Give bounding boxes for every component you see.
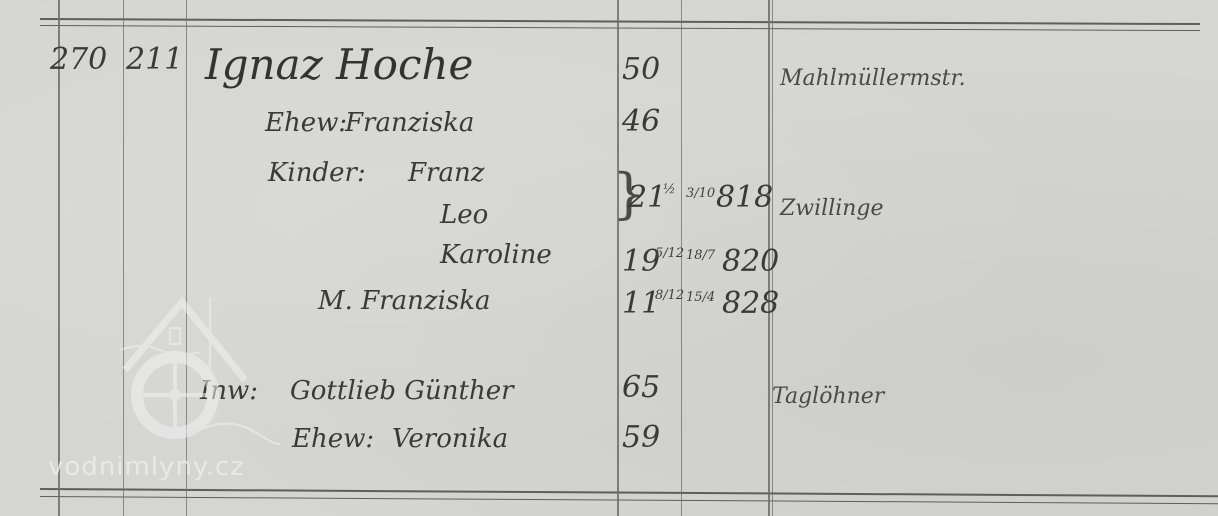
child-1-birth-day-month: 3/10	[686, 186, 715, 201]
child-1-note: Zwillinge	[780, 196, 884, 221]
wife-name: Franziska	[345, 108, 474, 138]
child-4-name: M. Franziska	[318, 286, 490, 316]
lodger-wife-name: Veronika	[392, 424, 508, 454]
child-2-name: Leo	[440, 200, 488, 230]
column-rule-age	[617, 0, 619, 516]
child-1-age: 21	[628, 180, 666, 215]
lodger-wife-label: Ehew:	[292, 424, 374, 454]
child-1-age-fraction: ½	[663, 182, 676, 197]
child-3-age-fraction: 5/12	[655, 246, 684, 261]
child-3-name: Karoline	[440, 240, 552, 270]
lodger-name: Gottlieb Günther	[290, 376, 514, 406]
family-number: 211	[126, 42, 183, 77]
house-number: 270	[50, 42, 107, 77]
head-occupation: Mahlmüllermstr.	[780, 66, 966, 91]
child-3-birth-day-month: 18/7	[686, 248, 715, 263]
head-name: Ignaz Hoche	[205, 40, 473, 89]
lodger-wife-age: 59	[622, 420, 660, 455]
child-4-birth-year: 828	[722, 286, 779, 321]
watermark-text: vodnimlyny.cz	[48, 452, 245, 482]
lodger-age: 65	[622, 370, 660, 405]
wife-age: 46	[622, 104, 660, 139]
lodger-occupation: Taglöhner	[772, 384, 884, 409]
children-label: Kinder:	[268, 158, 366, 188]
child-1-birth-year: 818	[716, 180, 773, 215]
column-rule-1	[58, 0, 60, 516]
head-age: 50	[622, 52, 660, 87]
child-1-name: Franz	[408, 158, 484, 188]
wife-label: Ehew:	[265, 108, 347, 138]
watermill-logo-icon	[120, 290, 280, 450]
child-4-age-fraction: 8/12	[655, 288, 684, 303]
child-4-birth-day-month: 15/4	[686, 290, 715, 305]
child-3-birth-year: 820	[722, 244, 779, 279]
